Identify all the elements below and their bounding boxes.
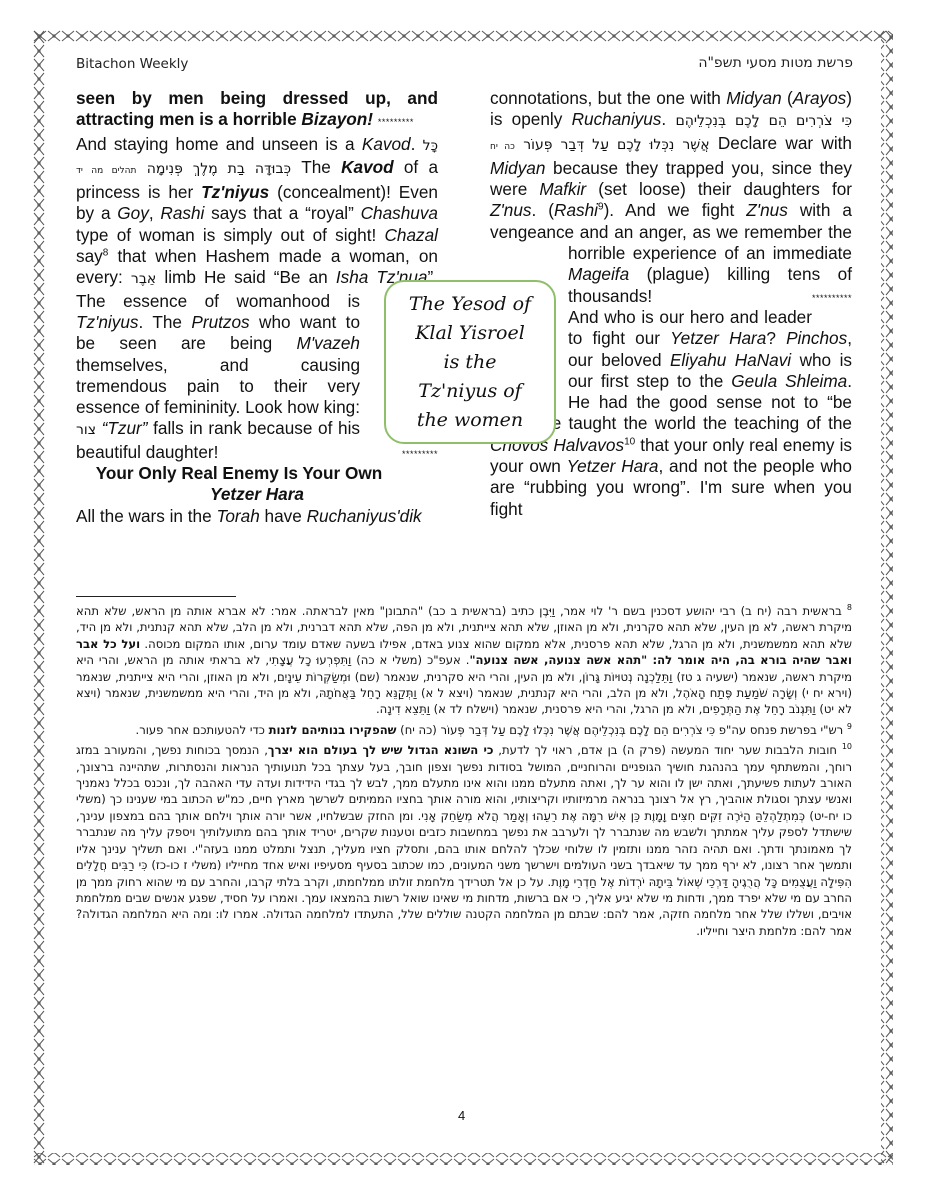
footnote-8: 8 בראשית רבה (יח ב) רבי יהושע דסכנין בשם… bbox=[76, 603, 852, 718]
footnote-10: 10 חובות הלבבות שער יחוד המעשה (פרק ה) ב… bbox=[76, 742, 852, 939]
parsha-title: פרשת מטות מסעי תשפ"ה bbox=[698, 55, 853, 71]
verse-reference: תהלים מה יד bbox=[76, 166, 136, 176]
section-separator: ********* bbox=[402, 444, 438, 465]
footnote-9: 9 רש"י בפרשת פנחס עה"פ כִּי צֹרְרִים הֵם… bbox=[76, 722, 852, 738]
verse-reference: כה יח bbox=[490, 142, 515, 152]
paragraph: connotations, but the one with Midyan (A… bbox=[490, 88, 852, 307]
paragraph: All the wars in the Torah have Ruchaniyu… bbox=[76, 506, 438, 527]
paragraph: seen by men being dressed up, and attrac… bbox=[76, 88, 438, 134]
section-heading: Your Only Real Enemy Is Your OwnYetzer H… bbox=[76, 463, 438, 506]
page-number: 4 bbox=[458, 1108, 465, 1123]
section-separator: ********** bbox=[812, 288, 852, 309]
footnote-separator bbox=[76, 596, 236, 597]
section-separator: ********* bbox=[378, 117, 414, 127]
footnote-ref-10[interactable]: 10 bbox=[624, 436, 635, 447]
footnotes: 8 בראשית רבה (יח ב) רבי יהושע דסכנין בשם… bbox=[76, 603, 852, 943]
publication-title: Bitachon Weekly bbox=[76, 56, 188, 72]
pull-quote-callout: The Yesod of Klal Yisroel is the Tz'niyu… bbox=[384, 280, 556, 444]
